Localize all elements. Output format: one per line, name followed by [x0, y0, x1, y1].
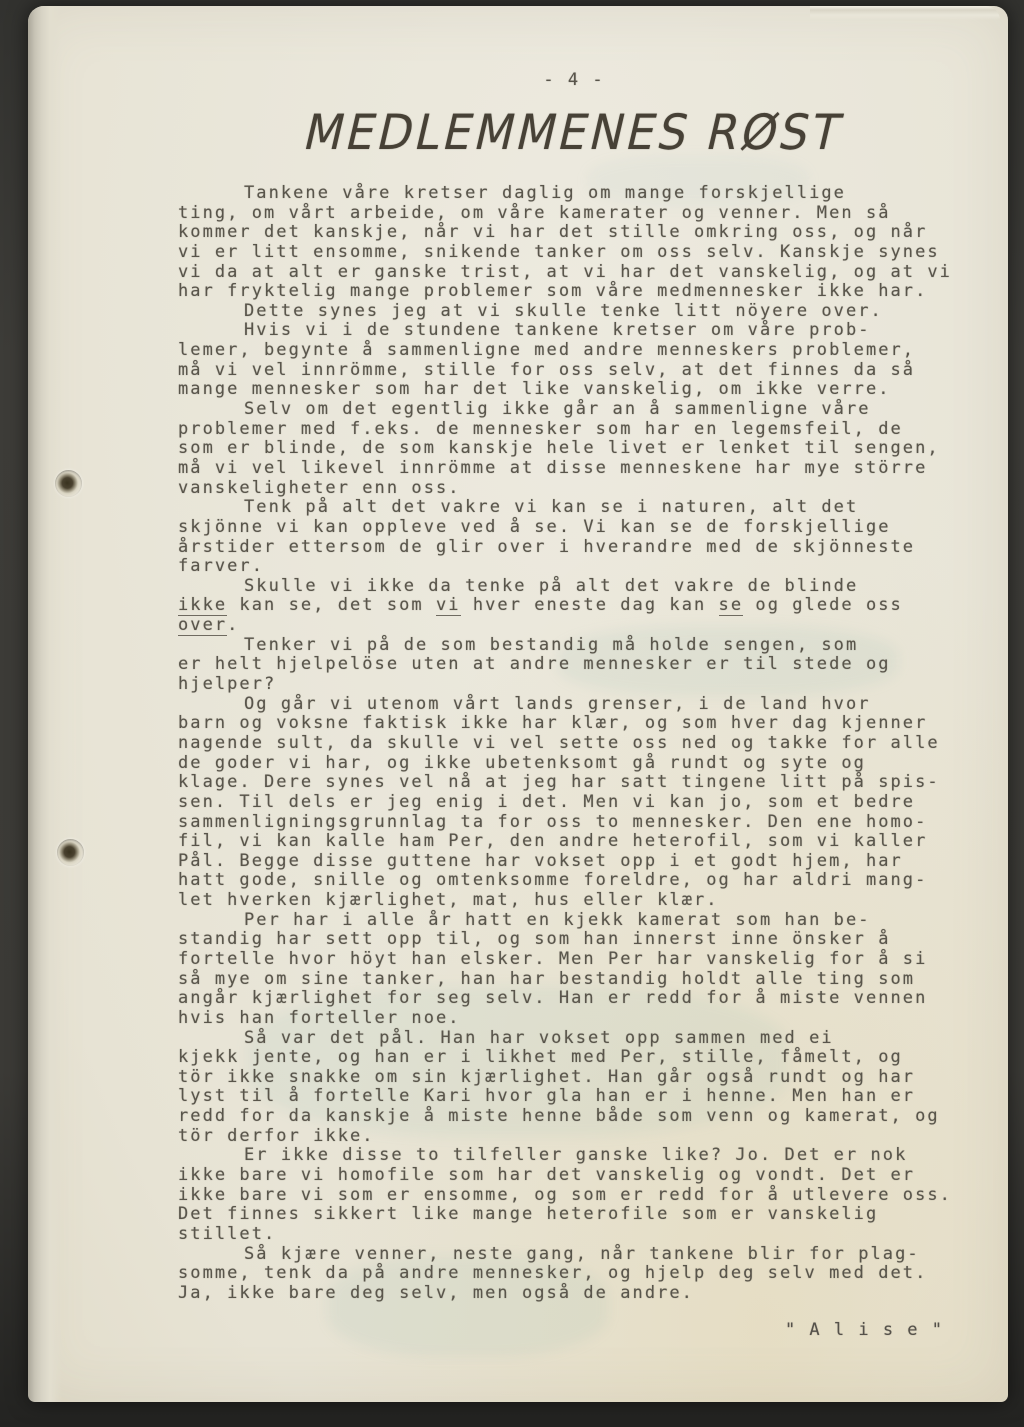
text-line: Tenk på alt det vakre vi kan se i nature…: [178, 498, 970, 518]
text-line: hvis han forteller noe.: [178, 1009, 970, 1029]
text-segment: ting, om vårt arbeide, om våre kamerater…: [178, 203, 891, 223]
text-segment: lemer, begynte å sammenligne med andre m…: [178, 340, 915, 360]
text-line: som er blinde, de som kanskje hele livet…: [178, 439, 970, 459]
text-segment: som er blinde, de som kanskje hele livet…: [178, 438, 940, 458]
text-segment: stillet.: [178, 1224, 276, 1244]
text-segment: klage. Dere synes vel nå at jeg har satt…: [178, 772, 940, 792]
text-segment: Tenker vi på de som bestandig må holde s…: [244, 635, 858, 655]
text-line: Skulle vi ikke da tenke på alt det vakre…: [178, 577, 970, 597]
text-line: tör derfor ikke.: [178, 1127, 970, 1147]
text-line: Det finnes sikkert like mange heterofile…: [178, 1205, 970, 1225]
text-line: Hvis vi i de stundene tankene kretser om…: [178, 321, 970, 341]
text-segment: nagende sult, da skulle vi vel sette oss…: [178, 733, 940, 753]
text-line: sen. Til dels er jeg enig i det. Men vi …: [178, 793, 970, 813]
text-line: klage. Dere synes vel nå at jeg har satt…: [178, 773, 970, 793]
text-line: ikke kan se, det som vi hver eneste dag …: [178, 596, 970, 616]
text-line: Og går vi utenom vårt lands grenser, i d…: [178, 695, 970, 715]
text-line: tör ikke snakke om sin kjærlighet. Han g…: [178, 1068, 970, 1088]
text-segment: de goder vi har, og ikke ubetenksomt gå …: [178, 753, 866, 773]
text-segment: vi da at alt er ganske trist, at vi har …: [178, 262, 952, 282]
text-segment: er helt hjelpelöse uten at andre mennesk…: [178, 654, 891, 674]
text-line: stillet.: [178, 1225, 970, 1245]
text-segment: lyst til å fortelle Kari hvor gla han er…: [178, 1086, 915, 1106]
text-line: Pål. Begge disse guttene har vokset opp …: [178, 852, 970, 872]
text-segment: Ja, ikke bare deg selv, men også de andr…: [178, 1283, 694, 1303]
text-line: Per har i alle år hatt en kjekk kamerat …: [178, 911, 970, 931]
article-title: MEDLEMMENES RØST: [171, 104, 976, 161]
text-segment: farver.: [178, 556, 264, 576]
text-line: skjönne vi kan oppleve ved å se. Vi kan …: [178, 518, 970, 538]
text-line: Dette synes jeg at vi skulle tenke litt …: [178, 302, 970, 322]
underlined-word: se: [719, 595, 744, 616]
text-line: hjelper?: [178, 675, 970, 695]
text-segment: somme, tenk da på andre mennesker, og hj…: [178, 1263, 927, 1283]
text-segment: hvis han forteller noe.: [178, 1008, 461, 1028]
text-segment: Skulle vi ikke da tenke på alt det vakre…: [244, 576, 858, 596]
text-line: ikke bare vi som er ensomme, og som er r…: [178, 1186, 970, 1206]
text-line: mange mennesker som har det like vanskel…: [178, 380, 970, 400]
text-segment: må vi vel likevel innrömme at disse menn…: [178, 458, 927, 478]
signature: " A l i s e ": [178, 1320, 970, 1340]
text-segment: Per har i alle år hatt en kjekk kamerat …: [244, 910, 871, 930]
text-line: fil, vi kan kalle ham Per, den andre het…: [178, 832, 970, 852]
body-text: Tankene våre kretser daglig om mange for…: [178, 184, 970, 1304]
text-line: lyst til å fortelle Kari hvor gla han er…: [178, 1087, 970, 1107]
text-segment: mange mennesker som har det like vanskel…: [178, 379, 891, 399]
text-segment: tör derfor ikke.: [178, 1126, 375, 1146]
text-line: farver.: [178, 557, 970, 577]
text-line: angår kjærlighet for seg selv. Han er re…: [178, 989, 970, 1009]
page-number: - 4 -: [178, 70, 970, 90]
text-line: problemer med f.eks. de mennesker som ha…: [178, 420, 970, 440]
text-segment: hver eneste dag kan: [461, 595, 719, 615]
text-line: standig har sett opp til, og som han inn…: [178, 930, 970, 950]
text-segment: ikke bare vi homofile som har det vanske…: [178, 1165, 915, 1185]
text-segment: redd for da kanskje å miste henne både s…: [178, 1106, 940, 1126]
text-line: fortelle hvor höyt han elsker. Men Per h…: [178, 950, 970, 970]
text-segment: Det finnes sikkert like mange heterofile…: [178, 1204, 878, 1224]
scanner-background: - 4 - MEDLEMMENES RØST Tankene våre kret…: [0, 0, 1024, 1427]
stacked-page-corner: [810, 6, 1000, 20]
text-segment: Så var det pål. Han har vokset opp samme…: [244, 1028, 834, 1048]
text-line: vanskeligheter enn oss.: [178, 479, 970, 499]
text-line: somme, tenk da på andre mennesker, og hj…: [178, 1264, 970, 1284]
text-segment: og glede oss: [743, 595, 903, 615]
text-line: Tankene våre kretser daglig om mange for…: [178, 184, 970, 204]
text-line: sammenligningsgrunnlag ta for oss to men…: [178, 813, 970, 833]
text-line: Selv om det egentlig ikke går an å samme…: [178, 400, 970, 420]
stacked-page-edges: [28, 6, 62, 1402]
text-line: Tenker vi på de som bestandig må holde s…: [178, 636, 970, 656]
text-line: let hverken kjærlighet, mat, hus eller k…: [178, 891, 970, 911]
text-segment: Selv om det egentlig ikke går an å samme…: [244, 399, 871, 419]
underlined-word: vi: [436, 595, 461, 616]
text-line: Ja, ikke bare deg selv, men også de andr…: [178, 1284, 970, 1304]
text-line: Så var det pål. Han har vokset opp samme…: [178, 1029, 970, 1049]
text-segment: Dette synes jeg at vi skulle tenke litt …: [244, 301, 883, 321]
text-segment: standig har sett opp til, og som han inn…: [178, 929, 891, 949]
text-line: lemer, begynte å sammenligne med andre m…: [178, 341, 970, 361]
text-segment: kan se, det som: [227, 595, 436, 615]
text-segment: fil, vi kan kalle ham Per, den andre het…: [178, 831, 927, 851]
text-segment: .: [227, 615, 239, 635]
text-segment: tör ikke snakke om sin kjærlighet. Han g…: [178, 1067, 915, 1087]
text-segment: kjekk jente, og han er i likhet med Per,…: [178, 1047, 903, 1067]
text-segment: problemer med f.eks. de mennesker som ha…: [178, 419, 903, 439]
text-segment: vi er litt ensomme, snikende tanker om o…: [178, 242, 940, 262]
document-page: - 4 - MEDLEMMENES RØST Tankene våre kret…: [28, 6, 1008, 1402]
text-line: barn og voksne faktisk ikke har klær, og…: [178, 714, 970, 734]
text-line: nagende sult, da skulle vi vel sette oss…: [178, 734, 970, 754]
text-segment: hjelper?: [178, 674, 276, 694]
text-line: kommer det kanskje, når vi har det still…: [178, 223, 970, 243]
text-segment: Pål. Begge disse guttene har vokset opp …: [178, 851, 903, 871]
text-segment: Er ikke disse to tilfeller ganske like? …: [244, 1145, 907, 1165]
text-line: ting, om vårt arbeide, om våre kamerater…: [178, 204, 970, 224]
text-segment: har fryktelig mange problemer som våre m…: [178, 281, 927, 301]
underlined-word: over: [178, 615, 227, 636]
text-segment: så mye om sine tanker, han har bestandig…: [178, 969, 915, 989]
text-segment: kommer det kanskje, når vi har det still…: [178, 222, 927, 242]
text-line: vi da at alt er ganske trist, at vi har …: [178, 263, 970, 283]
text-segment: Og går vi utenom vårt lands grenser, i d…: [244, 694, 871, 714]
text-line: vi er litt ensomme, snikende tanker om o…: [178, 243, 970, 263]
text-line: over.: [178, 616, 970, 636]
underlined-word: ikke: [178, 595, 227, 616]
text-segment: Tenk på alt det vakre vi kan se i nature…: [244, 497, 858, 517]
text-segment: skjönne vi kan oppleve ved å se. Vi kan …: [178, 517, 891, 537]
text-line: Er ikke disse to tilfeller ganske like? …: [178, 1146, 970, 1166]
text-line: de goder vi har, og ikke ubetenksomt gå …: [178, 754, 970, 774]
text-line: må vi vel likevel innrömme at disse menn…: [178, 459, 970, 479]
text-segment: fortelle hvor höyt han elsker. Men Per h…: [178, 949, 927, 969]
text-segment: må vi vel innrömme, stille for oss selv,…: [178, 360, 915, 380]
punch-hole-bottom: [57, 839, 84, 866]
text-segment: Så kjære venner, neste gang, når tankene…: [244, 1244, 920, 1264]
text-segment: sammenligningsgrunnlag ta for oss to men…: [178, 812, 927, 832]
text-segment: barn og voksne faktisk ikke har klær, og…: [178, 713, 927, 733]
punch-hole-top: [55, 470, 82, 497]
text-line: redd for da kanskje å miste henne både s…: [178, 1107, 970, 1127]
text-segment: let hverken kjærlighet, mat, hus eller k…: [178, 890, 719, 910]
text-segment: Hvis vi i de stundene tankene kretser om…: [244, 320, 871, 340]
text-line: hatt gode, snille og omtenksomme foreldr…: [178, 871, 970, 891]
text-segment: årstider ettersom de glir over i hverand…: [178, 537, 915, 557]
text-segment: sen. Til dels er jeg enig i det. Men vi …: [178, 792, 915, 812]
text-line: årstider ettersom de glir over i hverand…: [178, 538, 970, 558]
text-line: må vi vel innrömme, stille for oss selv,…: [178, 361, 970, 381]
text-segment: ikke bare vi som er ensomme, og som er r…: [178, 1185, 952, 1205]
text-line: kjekk jente, og han er i likhet med Per,…: [178, 1048, 970, 1068]
text-line: Så kjære venner, neste gang, når tankene…: [178, 1245, 970, 1265]
text-segment: vanskeligheter enn oss.: [178, 478, 461, 498]
text-segment: Tankene våre kretser daglig om mange for…: [244, 183, 846, 203]
text-line: er helt hjelpelöse uten at andre mennesk…: [178, 655, 970, 675]
text-segment: hatt gode, snille og omtenksomme foreldr…: [178, 870, 927, 890]
text-line: har fryktelig mange problemer som våre m…: [178, 282, 970, 302]
text-line: så mye om sine tanker, han har bestandig…: [178, 970, 970, 990]
text-line: ikke bare vi homofile som har det vanske…: [178, 1166, 970, 1186]
text-segment: angår kjærlighet for seg selv. Han er re…: [178, 988, 927, 1008]
